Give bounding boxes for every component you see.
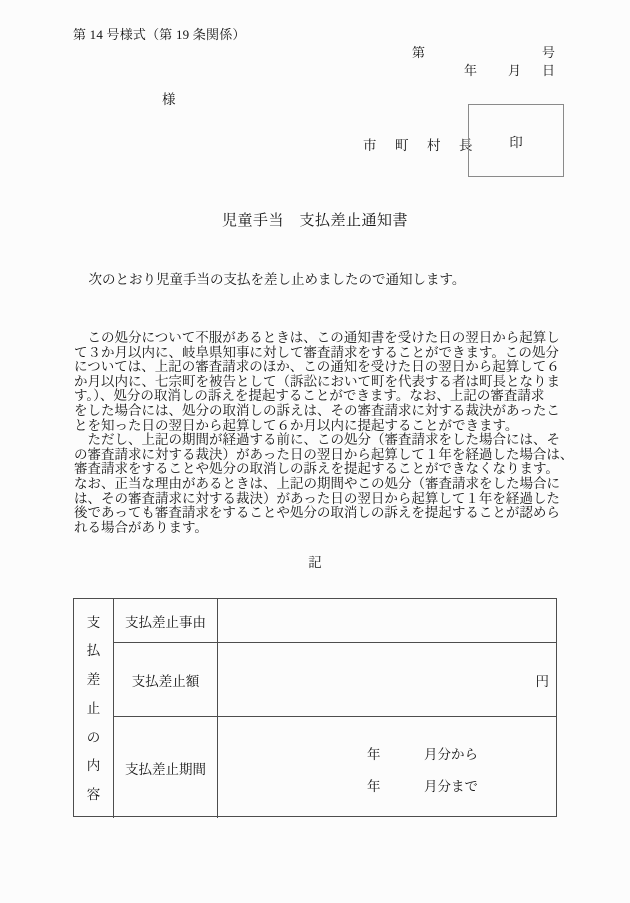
record-heading: 記	[0, 551, 630, 571]
date-day-label: 日	[542, 60, 555, 79]
period-to-suffix: 月分まで	[424, 775, 478, 795]
doc-number-prefix: 第	[412, 42, 425, 61]
seal-label: 印	[509, 131, 523, 151]
date-month-label: 月	[508, 60, 521, 79]
issuer-title: 市 町 村 長	[363, 134, 475, 154]
period-label: 支払差止期間	[125, 758, 206, 778]
period-to-year-label: 年	[367, 775, 381, 795]
seal-box: 印	[468, 104, 564, 177]
yen-unit-label: 円	[536, 670, 550, 690]
date-year-label: 年	[464, 60, 477, 79]
period-to-line: 年 月分まで	[218, 775, 556, 791]
document-page: 第 14 号様式（第 19 条関係） 第 号 年 月 日 様 市 町 村 長 印…	[0, 0, 630, 903]
suspension-details-table: 支払差止の内容 支払差止事由 支払差止額 円 支払差止期間 年 月分から 年 月…	[73, 598, 557, 817]
reason-value-cell	[217, 599, 556, 642]
amount-label: 支払差止額	[132, 670, 200, 690]
amount-label-cell: 支払差止額	[113, 642, 217, 716]
amount-value-cell: 円	[217, 642, 556, 716]
period-from-suffix: 月分から	[424, 743, 478, 763]
period-from-line: 年 月分から	[218, 743, 556, 759]
addressee-honorific: 様	[162, 88, 176, 108]
table-group-label: 支払差止の内容	[87, 616, 101, 802]
period-value-cell: 年 月分から 年 月分まで	[217, 716, 556, 818]
appeal-instructions: この処分について不服があるときは、この通知書を受けた日の翌日から起算し て３か月…	[74, 331, 584, 535]
document-title: 児童手当 支払差止通知書	[0, 209, 630, 230]
period-from-year-label: 年	[367, 743, 381, 763]
doc-number-suffix: 号	[542, 42, 555, 61]
notice-sentence: 次のとおり児童手当の支払を差し止めましたので通知します。	[75, 268, 465, 288]
table-group-label-cell: 支払差止の内容	[74, 599, 113, 818]
form-number-label: 第 14 号様式（第 19 条関係）	[73, 24, 246, 43]
reason-label: 支払差止事由	[125, 611, 206, 631]
reason-label-cell: 支払差止事由	[113, 599, 217, 642]
period-label-cell: 支払差止期間	[113, 716, 217, 818]
